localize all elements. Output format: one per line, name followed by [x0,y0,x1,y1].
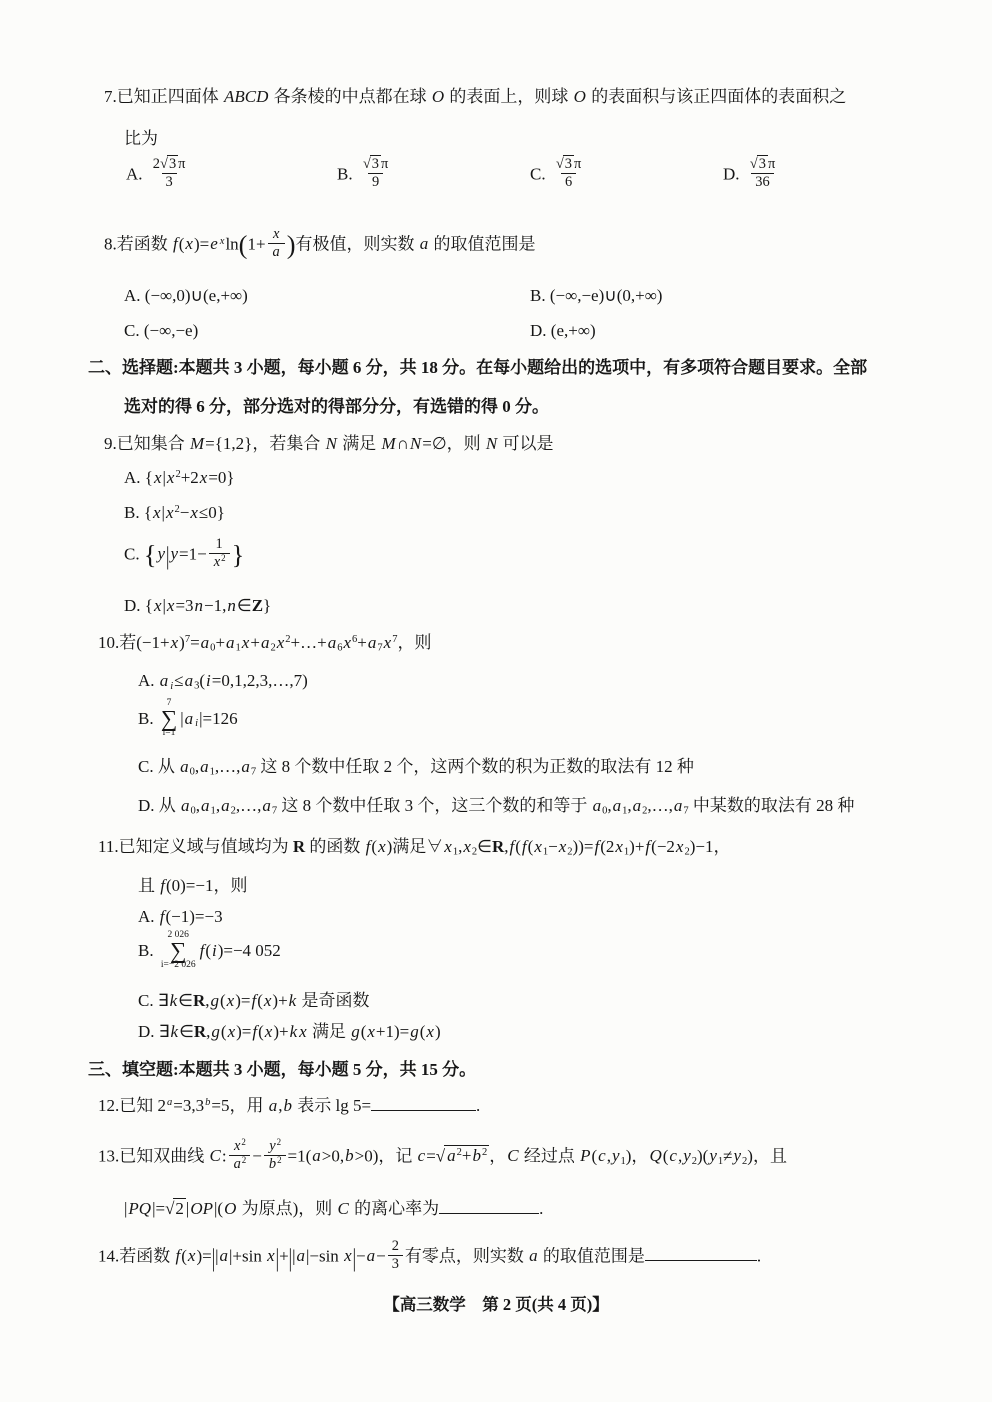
page-footer: 【高三数学 第 2 页(共 4 页)】 [0,1291,992,1315]
question-9-option-d: D. {x|x=3n−1,n∈Z} [124,593,271,619]
question-11-stem-line-2: 且 f(0)=−1，则 [138,873,247,899]
question-11-option-b: B. 2 026∑i=−2 026f(i)=−4 052 [138,932,281,972]
question-10-option-a: A. ai≤a3(i=0,1,2,3,…,7) [138,668,308,694]
exam-page: 7.已知正四面体 ABCD 各条棱的中点都在球 O 的表面上，则球 O 的表面积… [0,0,992,1402]
question-10-option-d: D. 从 a0,a1,a2,…,a7 这 8 个数中任取 3 个，这三个数的和等… [138,793,854,819]
question-8-option-c: C. (−∞,−e) [124,318,198,344]
question-10-option-b: B. 7∑i=1|ai|=126 [138,700,238,740]
question-7-stem-line-2: 比为 [124,126,158,152]
question-7-option-d: D. √3π36 [723,158,781,193]
question-13-stem-line-1: 13.已知双曲线 C:x2a2−y2b2=1(a>0,b>0)，记 c=√a2+… [98,1140,787,1175]
question-11-option-c: C. ∃k∈R,g(x)=f(x)+k 是奇函数 [138,988,369,1014]
question-8-option-b: B. (−∞,−e)∪(0,+∞) [530,283,662,309]
question-7-option-a: A. 2√3π3 [126,158,191,193]
question-11-stem-line-1: 11.已知定义域与值域均为 R 的函数 f(x)满足∀x1,x2∈R,f(f(x… [98,834,730,860]
question-8-option-d: D. (e,+∞) [530,318,596,344]
question-11-option-d: D. ∃k∈R,g(x)=f(x)+kx 满足 g(x+1)=g(x) [138,1019,441,1045]
question-10-option-c: C. 从 a0,a1,…,a7 这 8 个数中任取 2 个，这两个数的积为正数的… [138,754,694,780]
question-10-stem: 10.若(−1+x)7=a0+a1x+a2x2+…+a6x6+a7x7，则 [98,630,431,656]
question-14-stem: 14.若函数 f(x)=||a|+sin x|+||a|−sin x|−a−23… [98,1240,761,1275]
question-7-stem-line-1: 7.已知正四面体 ABCD 各条棱的中点都在球 O 的表面上，则球 O 的表面积… [104,84,846,110]
question-13-stem-line-2: |PQ|=√2|OP|(O 为原点)，则 C 的离心率为. [124,1196,543,1222]
question-7-option-c: C. √3π6 [530,158,587,193]
section-2-heading-line-1: 二、选择题:本题共 3 小题，每小题 6 分，共 18 分。在每小题给出的选项中… [88,355,867,381]
question-8-option-a: A. (−∞,0)∪(e,+∞) [124,283,248,309]
section-3-heading: 三、填空题:本题共 3 小题，每小题 5 分，共 15 分。 [88,1057,476,1083]
section-2-heading-line-2: 选对的得 6 分，部分选对的得部分分，有选错的得 0 分。 [124,394,549,420]
question-8-stem: 8.若函数 f(x)=exln(1+xa)有极值，则实数 a 的取值范围是 [104,228,536,263]
question-9-option-a: A. {x|x2+2x=0} [124,465,235,491]
question-9-stem: 9.已知集合 M={1,2}，若集合 N 满足 M∩N=∅，则 N 可以是 [104,431,553,457]
question-11-option-a: A. f(−1)=−3 [138,904,223,930]
question-12-stem: 12.已知 2a=3,3b=5，用 a,b 表示 lg 5=. [98,1093,480,1119]
question-9-option-b: B. {x|x2−x≤0} [124,500,225,526]
question-7-option-b: B. √3π9 [337,158,394,193]
question-9-option-c: C. {y|y=1−1x2} [124,538,244,573]
